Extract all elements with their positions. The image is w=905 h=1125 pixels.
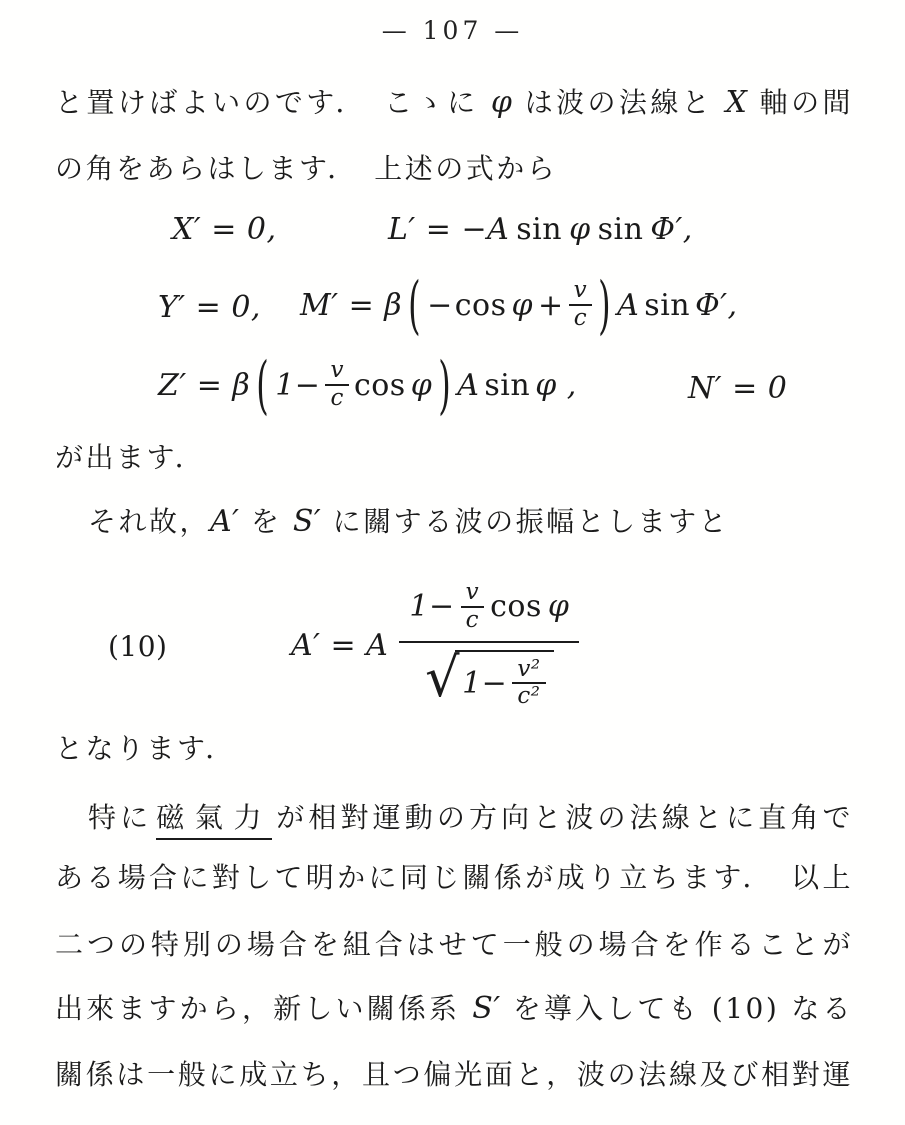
eq-term: 1−: [275, 368, 320, 403]
text-segment: 出來ますから，新しい關係系: [55, 992, 472, 1025]
text-after-equation-10: となります．: [55, 731, 236, 766]
fraction-v-over-c: v c: [325, 358, 349, 412]
minus-sign: −: [427, 288, 453, 323]
math-var-phi: φ: [569, 212, 591, 247]
equation-l-prime: L′ = −A sin φ sin Φ′,: [388, 212, 693, 247]
fraction-denominator: c: [569, 304, 593, 332]
eq-term: Z′ = β: [158, 368, 250, 403]
equation-m-prime: M′ = β ( − cos φ + v c ) A sin Φ′,: [300, 272, 738, 338]
sin-operator: sin: [484, 368, 530, 403]
plus-sign: +: [538, 288, 564, 323]
math-var-x: X: [725, 85, 747, 120]
fraction-v2-over-c2: v² c²: [512, 657, 545, 711]
fraction-v-over-c: v c: [461, 580, 485, 634]
paragraph3-line2: ある場合に對して明かに同じ關係が成り立ちます． 以上: [55, 860, 853, 895]
equation-x-prime: X′ = 0,: [172, 212, 277, 247]
text-segment: は波の法線と: [512, 86, 725, 119]
math-var-s-prime: S′: [293, 504, 321, 539]
eq-term: X′ = 0,: [172, 212, 277, 247]
sin-operator: sin: [598, 212, 644, 247]
math-var-a: A: [617, 288, 639, 323]
paragraph2-line1: それ故，A′ を S′ に關する波の振幅としますと: [88, 503, 729, 541]
sin-operator: sin: [644, 288, 690, 323]
cos-operator: cos: [490, 589, 542, 624]
math-var-phi: φ: [511, 288, 533, 323]
paragraph3-line1: 特に磁氣力が相對運動の方向と波の法線とに直角で: [55, 800, 853, 835]
eq-term: 1−: [462, 666, 507, 701]
radical-sign: √: [425, 652, 460, 703]
text-segment: 特に: [88, 801, 152, 834]
text-segment: 軸の間: [747, 86, 853, 119]
underlined-term-magnetic-force: 磁氣力: [156, 801, 272, 840]
text-segment: が相對運動の方向と波の法線とに直角で: [276, 801, 853, 834]
paragraph3-line3: 二つの特別の場合を組合はせて一般の場合を作ることが: [55, 927, 853, 962]
text-segment: を導入しても (10) なる: [501, 992, 853, 1025]
big-fraction-denominator: √ 1− v² c²: [399, 641, 579, 711]
equation-number: (10): [108, 630, 167, 663]
eq-term: 1−: [409, 589, 454, 624]
eq-term: Y′ = 0,: [158, 290, 261, 325]
equation-10-label: (10): [108, 630, 167, 663]
fraction-numerator: v: [461, 580, 485, 606]
fraction-v-over-c: v c: [569, 278, 593, 332]
square-root: √ 1− v² c²: [425, 650, 553, 711]
eq-term: M′ = β: [300, 288, 402, 323]
close-paren: ): [598, 274, 611, 336]
equation-z-prime: Z′ = β ( 1− v c cos φ ) A sin φ ,: [158, 352, 577, 418]
eq-term: A′ = A: [291, 628, 388, 663]
square-root-body: 1− v² c²: [455, 650, 553, 711]
cos-operator: cos: [455, 288, 507, 323]
math-var-Phi: Φ′,: [650, 212, 692, 247]
page-number: — 107 —: [0, 16, 905, 45]
math-var-phi: φ ,: [535, 368, 577, 403]
math-var-a-prime: A′: [210, 504, 239, 539]
fraction-denominator: c: [461, 606, 485, 634]
equation-y-prime: Y′ = 0,: [158, 290, 261, 325]
eq-term: N′ = 0: [688, 371, 787, 406]
fraction-denominator: c: [325, 384, 349, 412]
equation-n-prime: N′ = 0: [688, 371, 787, 406]
cos-operator: cos: [354, 368, 406, 403]
text-segment: それ故，: [88, 505, 210, 538]
open-paren: (: [408, 274, 421, 336]
text-after-equations: が出ます．: [55, 440, 205, 475]
text-segment: と置けばよいのです． こゝに: [55, 86, 491, 119]
math-var-s-prime: S′: [472, 991, 500, 1026]
math-var-phi: φ: [411, 368, 433, 403]
text-segment: を: [240, 505, 293, 538]
equation-10-formula: A′ = A 1− v c cos φ √ 1− v² c: [291, 574, 579, 716]
close-paren: ): [438, 354, 451, 416]
scanned-book-page: — 107 — と置けばよいのです． こゝに φ は波の法線と X 軸の間 の角…: [0, 0, 905, 1125]
math-var-Phi: Φ′,: [695, 288, 737, 323]
sin-operator: sin: [516, 212, 562, 247]
fraction-numerator: v: [325, 358, 349, 384]
paragraph1-line1: と置けばよいのです． こゝに φ は波の法線と X 軸の間: [55, 84, 853, 122]
open-paren: (: [256, 354, 269, 416]
big-fraction-numerator: 1− v c cos φ: [399, 580, 579, 641]
fraction-numerator: v: [569, 278, 593, 304]
paragraph3-line5: 關係は一般に成立ち，且つ偏光面と，波の法線及び相對運: [55, 1057, 853, 1092]
eq-term: L′ = −A: [388, 212, 509, 247]
math-var-a: A: [457, 368, 479, 403]
math-var-phi: φ: [491, 85, 513, 120]
text-segment: に關する波の振幅としますと: [321, 505, 729, 538]
paragraph1-line2: の角をあらはします． 上述の式から: [55, 151, 557, 186]
fraction-numerator: v²: [512, 657, 545, 683]
math-var-phi: φ: [548, 589, 570, 624]
paragraph3-line4: 出來ますから，新しい關係系 S′ を導入しても (10) なる: [55, 990, 853, 1028]
fraction-denominator: c²: [512, 682, 545, 710]
big-fraction: 1− v c cos φ √ 1− v² c²: [399, 580, 579, 710]
